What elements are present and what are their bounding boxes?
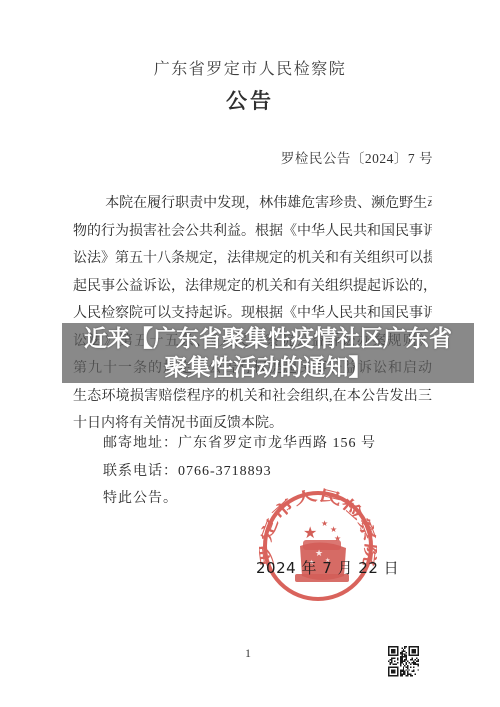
issue-date: 2024 年 7 月 22 日 <box>256 557 399 578</box>
svg-text:★: ★ <box>334 534 341 543</box>
caption-banner: 近来【广东省聚集性疫情社区广东省 聚集性活动的通知】 <box>62 323 474 383</box>
contact-phone: 联系电话：0766-3718893 <box>103 458 443 486</box>
notice-title: 公告 <box>0 85 500 115</box>
org-title: 广东省罗定市人民检察院 <box>0 56 500 79</box>
body-line: 本院在履行职责中发现，林伟雄危害珍贵、濒危野生动 <box>73 190 432 218</box>
caption-line-1: 近来【广东省聚集性疫情社区广东省 <box>84 324 452 353</box>
document-page: 广东省罗定市人民检察院 公告 罗检民公告〔2024〕7 号 本院在履行职责中发现… <box>0 0 500 707</box>
caption-line-2: 聚集性活动的通知】 <box>165 353 372 382</box>
svg-text:★: ★ <box>321 519 328 528</box>
mailing-address: 邮寄地址：广东省罗定市龙华西路 156 号 <box>103 430 443 458</box>
page-number: 1 <box>238 646 258 661</box>
svg-text:★: ★ <box>330 525 337 534</box>
svg-text:★: ★ <box>303 523 317 542</box>
body-line: 起民事公益诉讼，法律规定的机关和有关组织提起诉讼的， <box>73 273 432 301</box>
body-text: 本院在履行职责中发现，林伟雄危害珍贵、濒危野生动 物的行为损害社会公共利益。根据… <box>73 190 432 438</box>
body-line: 物的行为损害社会公共利益。根据《中华人民共和国民事诉 <box>73 218 432 246</box>
qr-code <box>388 646 419 678</box>
official-seal: 罗定市人民检察院 ★ ★ ★ ★ ★ ★ ★ <box>259 488 377 608</box>
body-line: 讼法》第五十八条规定，法律规定的机关和有关组织可以提 <box>73 245 432 273</box>
body-line: 生态环境损害赔偿程序的机关和社会组织,在本公告发出三 <box>73 383 432 411</box>
document-number: 罗检民公告〔2024〕7 号 <box>281 147 433 167</box>
